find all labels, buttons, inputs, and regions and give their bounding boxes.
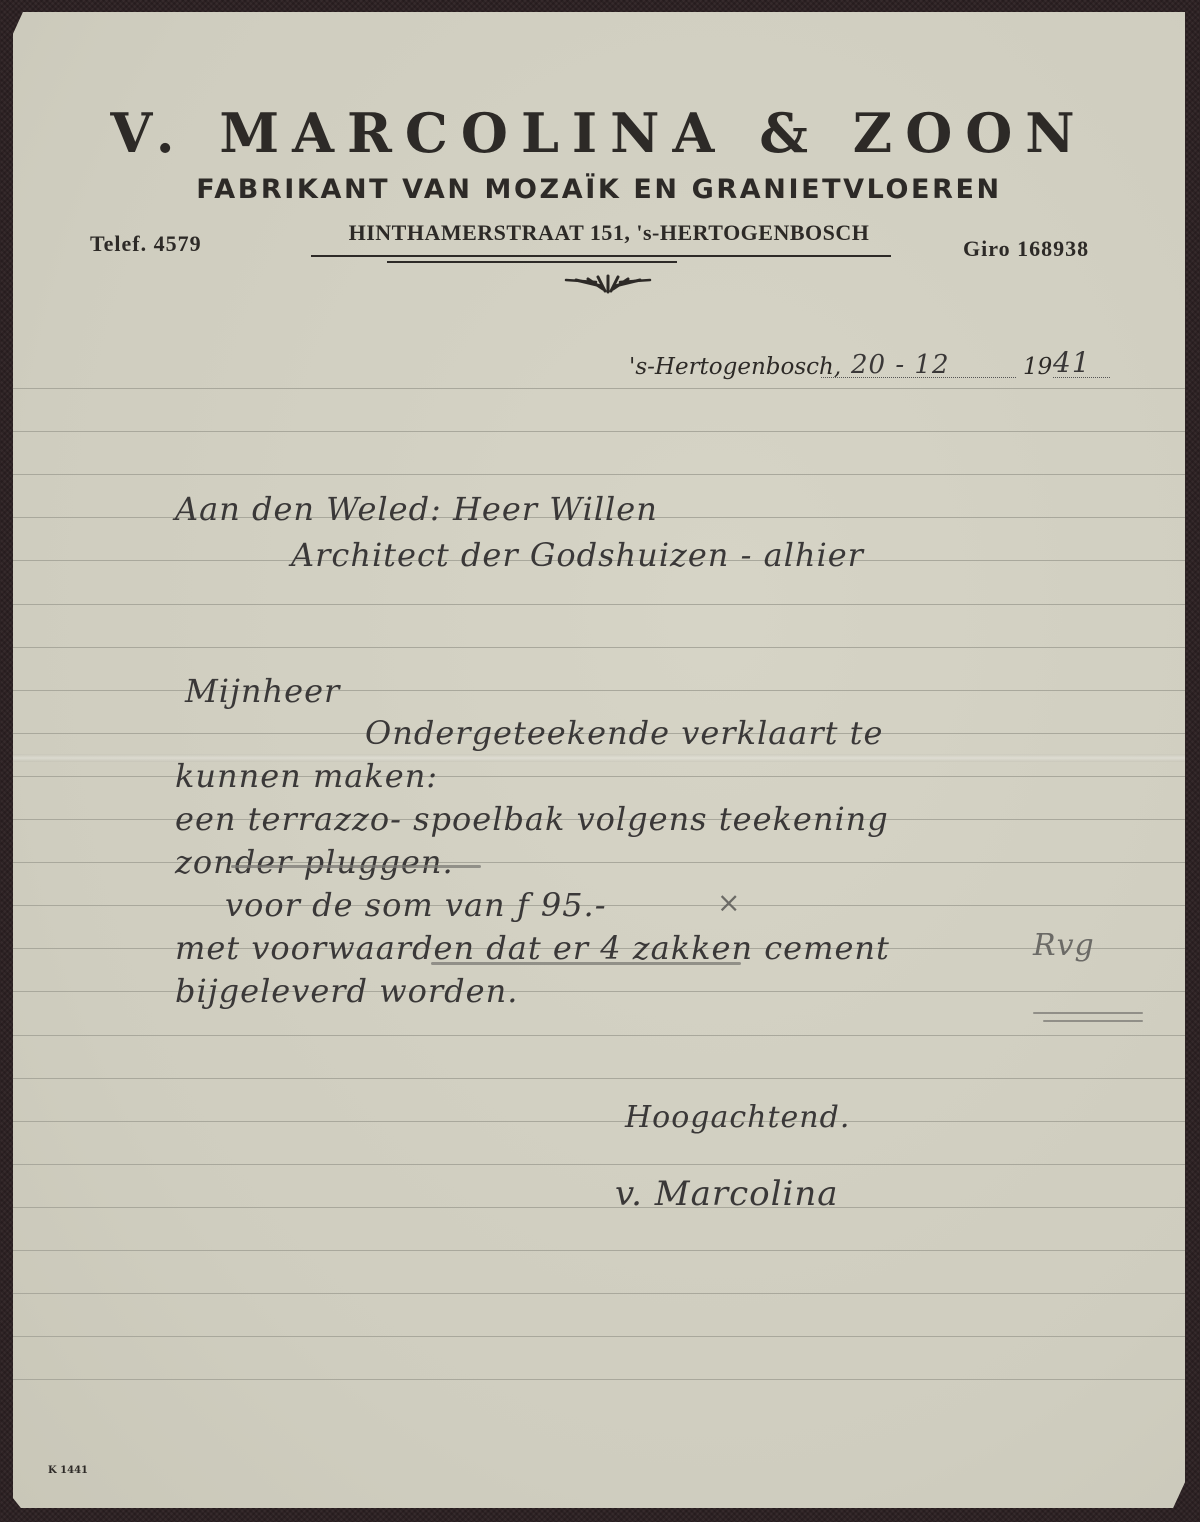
ruled-line [13,1250,1185,1251]
body-line-7: bijgeleverd worden. [175,972,518,1010]
date-day-month: 20 - 12 [851,350,949,380]
ruled-line [13,647,1185,648]
ruled-line [13,1379,1185,1380]
letter-paper: V. MARCOLINA & ZOON FABRIKANT VAN MOZAÏK… [13,12,1185,1508]
ruled-line [13,1078,1185,1079]
body-line-2: kunnen maken: [175,757,438,795]
salutation: Mijnheer [185,672,340,710]
recipient-line-1: Aan den Weled: Heer Willen [175,490,658,528]
dateline-place: 's-Hertogenbosch, [629,354,841,380]
ruled-line [13,1336,1185,1337]
body-line-1: Ondergeteekende verklaart te [365,714,883,752]
date-year-handwritten: 41 [1053,346,1091,379]
recipient-line-2: Architect der Godshuizen - alhier [291,536,864,574]
ruled-line [13,1121,1185,1122]
telephone-number: Telef. 4579 [90,231,202,257]
pencil-annotation: Rvg [1033,928,1095,963]
valediction: Hoogachtend. [625,1100,850,1135]
header-rule-long [311,255,891,257]
company-address: HINTHAMERSTRAAT 151, 's-HERTOGENBOSCH [309,220,909,246]
ruled-line [13,431,1185,432]
ruled-line [13,474,1185,475]
header-rule-short [387,261,677,263]
signature: v. Marcolina [615,1174,839,1214]
date-year-printed: 19 [1023,354,1052,380]
pencil-underline-cement [431,962,741,965]
ruled-line [13,388,1185,389]
ruled-line [13,1035,1185,1036]
pencil-cross-mark: × [717,886,741,919]
ruled-line [13,1164,1185,1165]
archive-code: K 1441 [48,1465,88,1476]
body-line-3: een terrazzo- spoelbak volgens teekening [175,800,889,838]
body-line-4: zonder pluggen. [175,843,454,881]
sunburst-ornament-icon [558,270,658,294]
ruled-line [13,604,1185,605]
company-name: V. MARCOLINA & ZOON [88,102,1110,164]
pencil-double-underline-1 [1033,1012,1143,1014]
ruled-line [13,1293,1185,1294]
pencil-double-underline-2 [1043,1020,1143,1022]
giro-number: Giro 168938 [963,236,1089,262]
ruled-line [13,1207,1185,1208]
body-line-5-price: voor de som van ƒ 95.- [225,886,607,924]
pencil-underline-zonder-pluggen [231,865,481,868]
company-tagline: FABRIKANT VAN MOZAÏK EN GRANIETVLOEREN [88,172,1110,208]
